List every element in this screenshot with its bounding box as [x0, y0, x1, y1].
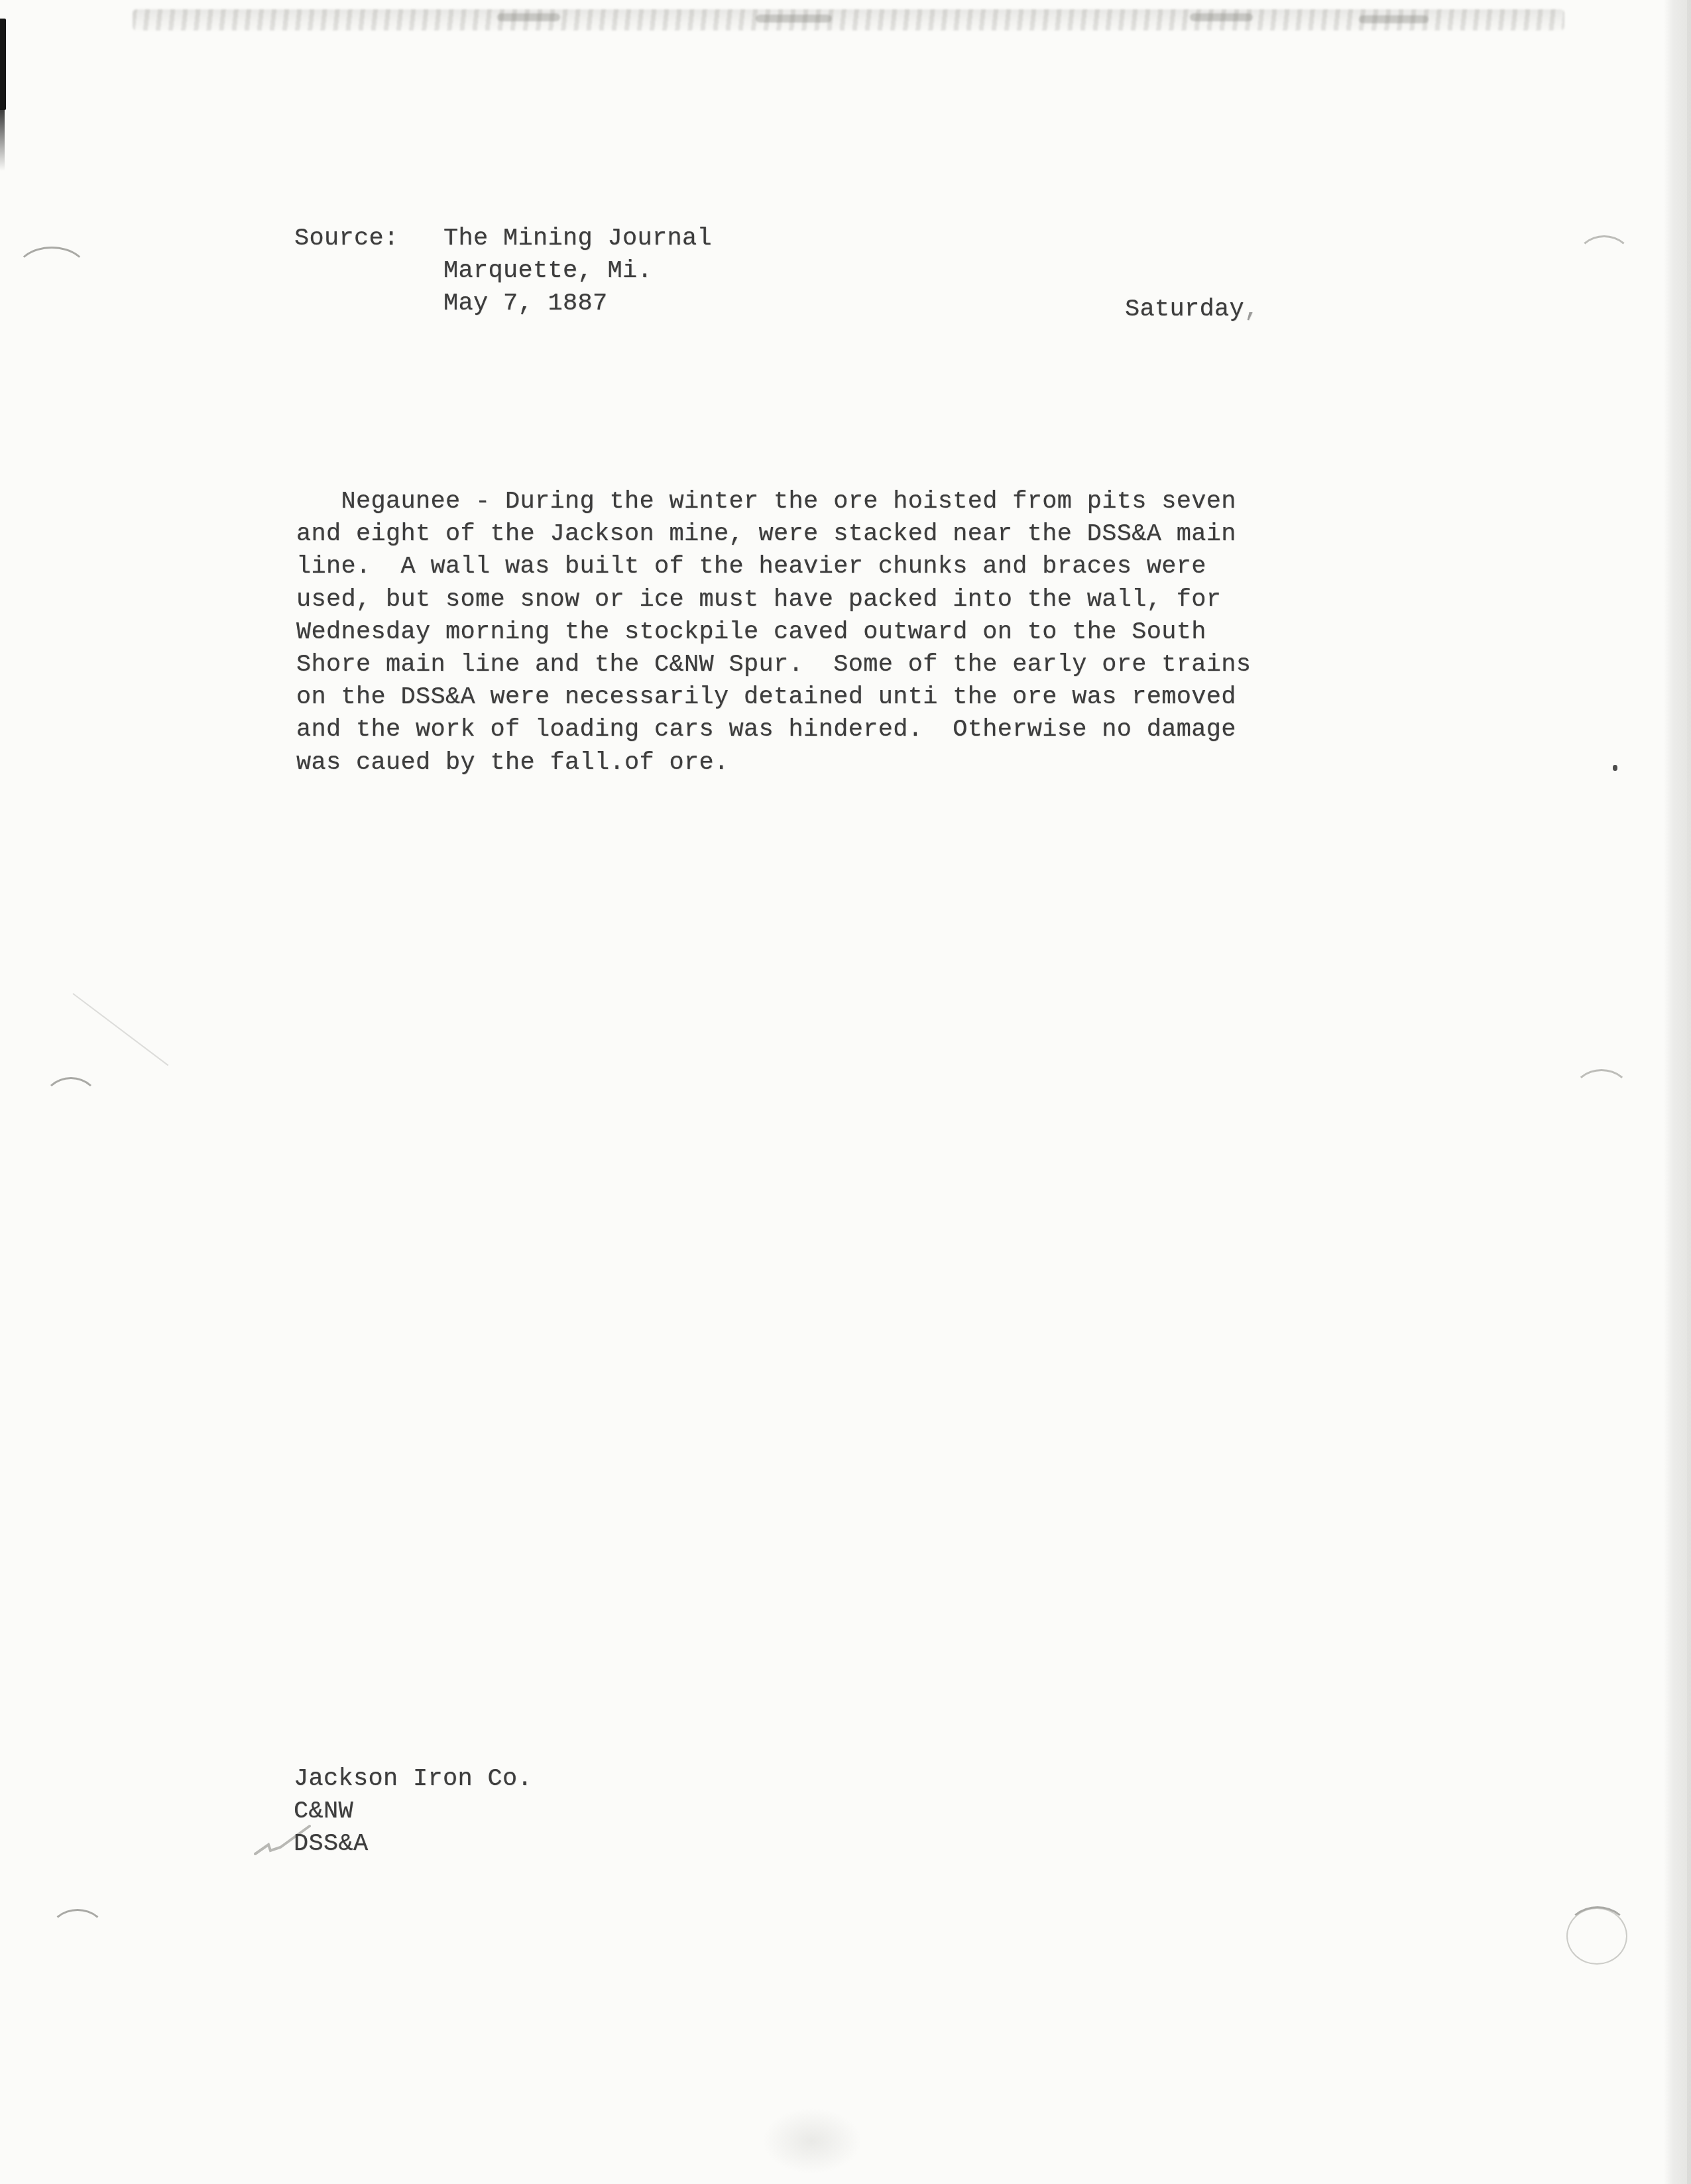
text-line: and the work of loading cars was hindere… — [296, 714, 1251, 746]
stray-ink-dot — [1613, 765, 1617, 771]
text-line: The Mining Journal — [443, 223, 712, 255]
punch-hole-arc-bottom-right — [1566, 1906, 1629, 1957]
day-text: Saturday — [1125, 296, 1244, 323]
source-details: The Mining JournalMarquette, Mi.May 7, 1… — [443, 223, 712, 321]
scratch-mark — [72, 993, 168, 1066]
text-line: used, but some snow or ice must have pac… — [296, 584, 1251, 616]
punch-hole-arc-bottom-left — [49, 1909, 106, 1957]
text-line: Wednesday morning the stockpile caved ou… — [296, 616, 1251, 649]
top-edge-smudge-dash — [497, 13, 560, 21]
source-label: Source: — [294, 223, 399, 255]
text-line: Jackson Iron Co. — [294, 1763, 532, 1796]
day-of-week: Saturday, — [1125, 294, 1259, 326]
scanned-page: Source: The Mining JournalMarquette, Mi.… — [0, 0, 1691, 2184]
index-terms: Jackson Iron Co.C&NWDSS&A — [294, 1763, 532, 1861]
left-edge-scan-bar — [0, 19, 6, 110]
day-punctuation: , — [1244, 296, 1259, 323]
top-edge-smudge-dash — [756, 15, 832, 23]
text-line: was caued by the fall.of ore. — [296, 747, 1251, 779]
bottom-edge-smudge — [762, 2108, 862, 2174]
top-edge-smudge-band — [133, 9, 1564, 30]
top-edge-smudge-dash — [1190, 13, 1253, 21]
top-edge-smudge-dash — [1359, 15, 1429, 23]
punch-hole-arc-mid-left — [42, 1077, 99, 1129]
text-line: Shore main line and the C&NW Spur. Some … — [296, 649, 1251, 681]
text-line: DSS&A — [294, 1828, 532, 1861]
text-line: line. A wall was built of the heavier ch… — [296, 551, 1251, 583]
text-line: Negaunee - During the winter the ore hoi… — [296, 486, 1251, 518]
text-line: on the DSS&A were necessarily detained u… — [296, 681, 1251, 714]
article-paragraph: Negaunee - During the winter the ore hoi… — [296, 486, 1251, 779]
punch-hole-arc-top-right — [1576, 235, 1632, 283]
punch-hole-arc-mid-right — [1572, 1069, 1631, 1118]
text-line: and eight of the Jackson mine, were stac… — [296, 518, 1251, 551]
left-edge-scan-bar-fade — [0, 110, 5, 171]
text-line: C&NW — [294, 1796, 532, 1828]
text-line: May 7, 1887 — [443, 288, 712, 320]
text-line: Marquette, Mi. — [443, 255, 712, 288]
punch-hole-arc-top-left — [13, 247, 90, 305]
right-page-edge-line — [1687, 0, 1691, 2184]
